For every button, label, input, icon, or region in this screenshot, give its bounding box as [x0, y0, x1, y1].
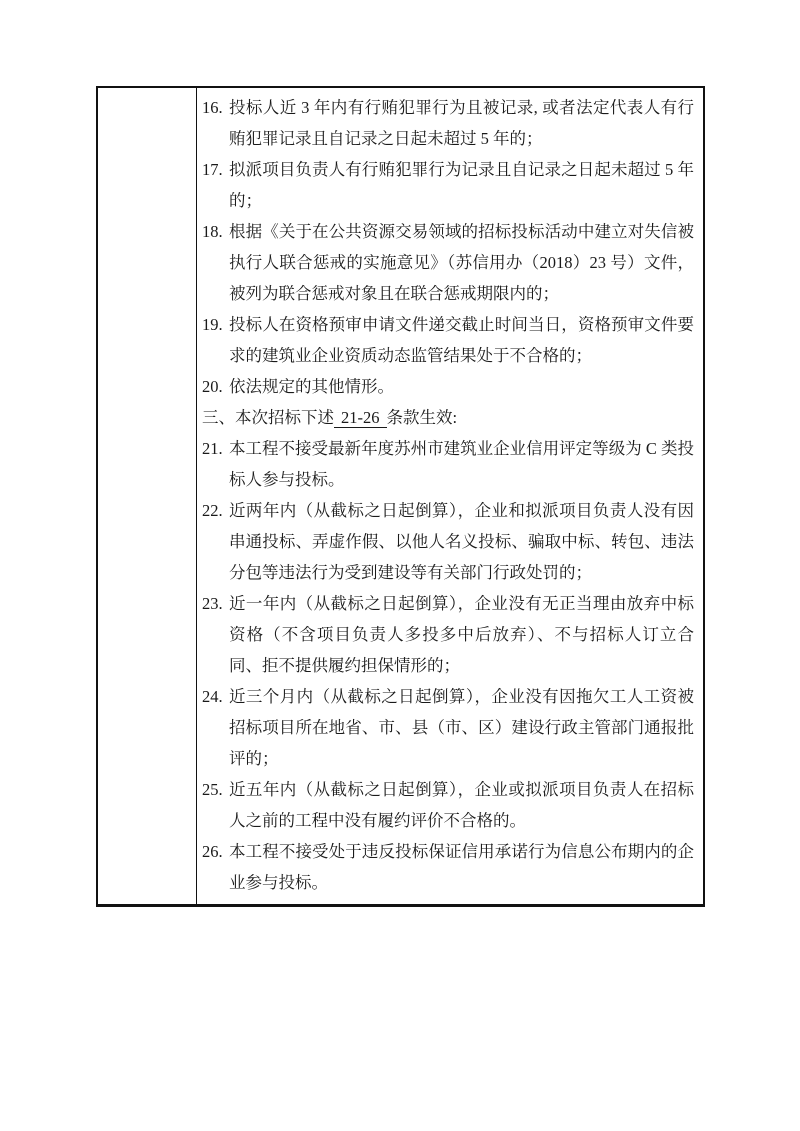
section-heading-prefix: 三、本次招标下述 — [202, 408, 334, 427]
clause-number: 23. — [202, 588, 229, 619]
conditions-table: 16. 投标人近 3 年内有行贿犯罪行为且被记录, 或者法定代表人有行贿犯罪记录… — [96, 86, 705, 907]
clause-number: 21. — [202, 433, 229, 464]
clause-number: 16. — [202, 92, 229, 123]
clause-text: 本工程不接受最新年度苏州市建筑业企业信用评定等级为 C 类投标人参与投标。 — [229, 439, 694, 489]
clause-18: 18. 根据《关于在公共资源交易领域的招标投标活动中建立对失信被执行人联合惩戒的… — [202, 216, 694, 309]
clause-number: 20. — [202, 371, 229, 402]
clause-16: 16. 投标人近 3 年内有行贿犯罪行为且被记录, 或者法定代表人有行贿犯罪记录… — [202, 92, 694, 154]
clause-17: 17. 拟派项目负责人有行贿犯罪行为记录且自记录之日起未超过 5 年的； — [202, 154, 694, 216]
table-content-cell: 16. 投标人近 3 年内有行贿犯罪行为且被记录, 或者法定代表人有行贿犯罪记录… — [197, 88, 703, 904]
table-row-header-cell — [98, 88, 197, 904]
clause-22: 22. 近两年内（从截标之日起倒算），企业和拟派项目负责人没有因串通投标、弄虚作… — [202, 495, 694, 588]
clause-19: 19. 投标人在资格预审申请文件递交截止时间当日，资格预审文件要求的建筑业企业资… — [202, 309, 694, 371]
clause-20: 20. 依法规定的其他情形。 — [202, 371, 694, 402]
clause-text: 近五年内（从截标之日起倒算），企业或拟派项目负责人在招标人之前的工程中没有履约评… — [229, 780, 694, 830]
clause-number: 17. — [202, 154, 229, 185]
clause-23: 23. 近一年内（从截标之日起倒算），企业没有无正当理由放弃中标资格（不含项目负… — [202, 588, 694, 681]
clause-text: 近三个月内（从截标之日起倒算），企业没有因拖欠工人工资被招标项目所在地省、市、县… — [229, 687, 694, 768]
section-heading-suffix: 条款生效: — [387, 408, 458, 427]
clause-text: 投标人近 3 年内有行贿犯罪行为且被记录, 或者法定代表人有行贿犯罪记录且自记录… — [229, 98, 694, 148]
clause-24: 24. 近三个月内（从截标之日起倒算），企业没有因拖欠工人工资被招标项目所在地省… — [202, 681, 694, 774]
clause-number: 18. — [202, 216, 229, 247]
clause-number: 24. — [202, 681, 229, 712]
clause-text: 依法规定的其他情形。 — [229, 377, 394, 396]
clause-number: 25. — [202, 774, 229, 805]
section-heading: 三、本次招标下述21-26条款生效: — [202, 402, 694, 433]
clause-number: 22. — [202, 495, 229, 526]
clause-26: 26. 本工程不接受处于违反投标保证信用承诺行为信息公布期内的企业参与投标。 — [202, 836, 694, 898]
clause-21: 21. 本工程不接受最新年度苏州市建筑业企业信用评定等级为 C 类投标人参与投标… — [202, 433, 694, 495]
clause-text: 近一年内（从截标之日起倒算），企业没有无正当理由放弃中标资格（不含项目负责人多投… — [229, 594, 694, 675]
section-heading-underlined-range: 21-26 — [334, 408, 387, 428]
clause-text: 拟派项目负责人有行贿犯罪行为记录且自记录之日起未超过 5 年的； — [229, 160, 694, 210]
clause-number: 26. — [202, 836, 229, 867]
clause-number: 19. — [202, 309, 229, 340]
clause-text: 本工程不接受处于违反投标保证信用承诺行为信息公布期内的企业参与投标。 — [229, 842, 694, 892]
clause-text: 根据《关于在公共资源交易领域的招标投标活动中建立对失信被执行人联合惩戒的实施意见… — [229, 222, 694, 303]
clause-text: 投标人在资格预审申请文件递交截止时间当日，资格预审文件要求的建筑业企业资质动态监… — [229, 315, 694, 365]
clause-text: 近两年内（从截标之日起倒算），企业和拟派项目负责人没有因串通投标、弄虚作假、以他… — [229, 501, 694, 582]
clause-25: 25. 近五年内（从截标之日起倒算），企业或拟派项目负责人在招标人之前的工程中没… — [202, 774, 694, 836]
